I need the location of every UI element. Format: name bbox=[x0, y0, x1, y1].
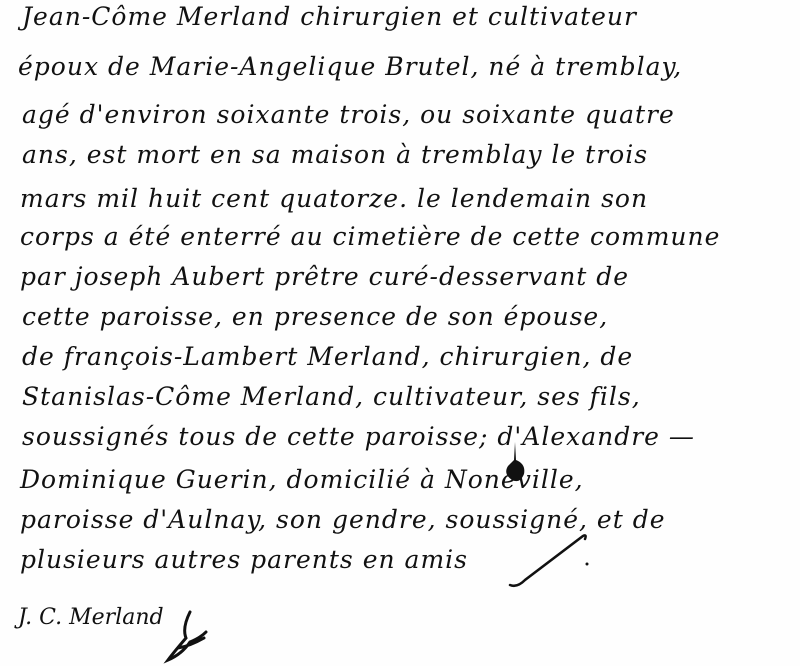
ink-blot-icon bbox=[500, 440, 530, 485]
text-line-14: plusieurs autres parents en amis bbox=[20, 545, 468, 574]
signature: J. C. Merland bbox=[18, 605, 164, 630]
text-line-4: ans, est mort en sa maison à tremblay le… bbox=[22, 140, 648, 169]
closing-flourish-icon bbox=[505, 530, 595, 590]
text-line-1: Jean-Côme Merland chirurgien et cultivat… bbox=[22, 2, 637, 31]
text-line-10: Stanislas-Côme Merland, cultivateur, ses… bbox=[22, 382, 641, 411]
text-line-5: mars mil huit cent quatorze. le lendemai… bbox=[20, 184, 648, 213]
document-page: Jean-Côme Merland chirurgien et cultivat… bbox=[0, 0, 800, 666]
signature-paraph-icon bbox=[160, 608, 212, 664]
text-line-7: par joseph Aubert prêtre curé-desservant… bbox=[20, 262, 629, 291]
text-line-8: cette paroisse, en presence de son épous… bbox=[22, 302, 608, 331]
text-line-3: agé d'environ soixante trois, ou soixant… bbox=[22, 100, 675, 129]
text-line-11: soussignés tous de cette paroisse; d'Ale… bbox=[22, 422, 695, 451]
text-line-2: époux de Marie-Angelique Brutel, né à tr… bbox=[18, 52, 682, 81]
text-line-6: corps a été enterré au cimetière de cett… bbox=[20, 222, 720, 251]
text-line-9: de françois-Lambert Merland, chirurgien,… bbox=[22, 342, 633, 371]
